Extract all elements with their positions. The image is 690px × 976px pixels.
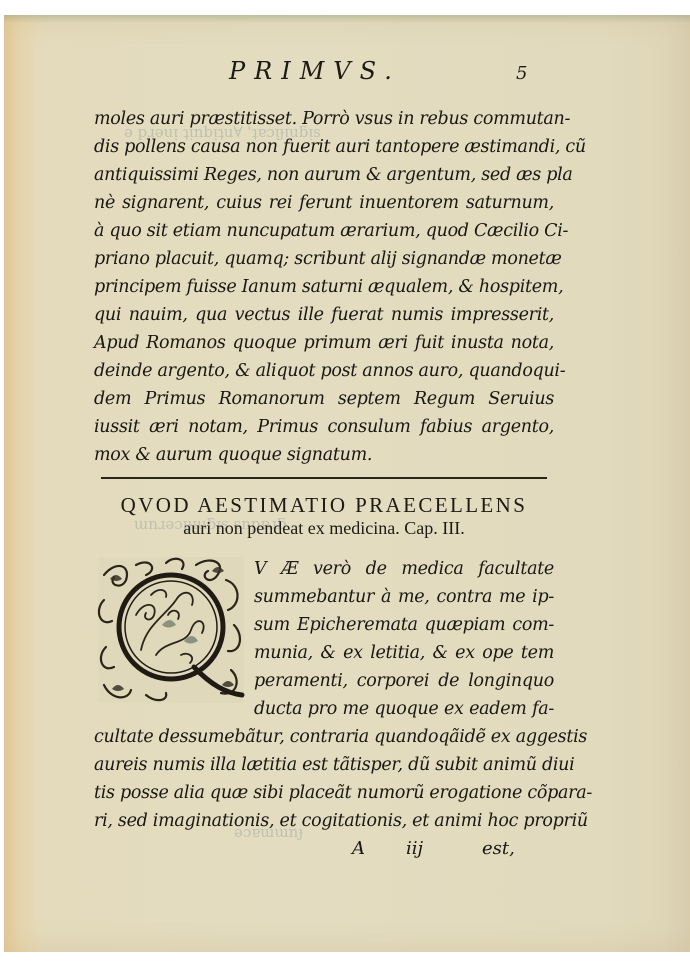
chapter-heading-subtitle: auri non pendeat ex medicina. Cap. III. bbox=[99, 517, 549, 539]
text-line: dis pollens causa non fuerit auri tantop… bbox=[94, 133, 554, 161]
section-divider-rule bbox=[101, 477, 547, 479]
text-line: deinde argento, & aliquot post annos aur… bbox=[94, 357, 554, 385]
text-line: peramenti, corporei de longinquo bbox=[254, 667, 554, 695]
text-line: priano placuit, quamq; scribunt alij sig… bbox=[94, 245, 554, 273]
text-line: aureis numis illa lætitia est tãtisper, … bbox=[94, 751, 554, 779]
text-line: munia, & ex letitia, & ex ope tem bbox=[254, 639, 554, 667]
text-line: tis posse alia quæ sibi placeãt numorũ e… bbox=[94, 779, 554, 807]
running-head: PRIMVS. 5 bbox=[4, 57, 690, 87]
signature-mark: A bbox=[352, 838, 365, 859]
text-line: Apud Romanos quoque primum æri fuit inus… bbox=[94, 329, 554, 357]
ornamental-drop-cap-q-icon bbox=[96, 555, 246, 705]
text-line: cultate dessumebãtur, contraria quandoqã… bbox=[94, 723, 554, 751]
chapter-heading-title: QVOD AESTIMATIO PRAECELLENS bbox=[99, 493, 549, 517]
text-line: moles auri præstitisset. Porrò vsus in r… bbox=[94, 105, 554, 133]
chapter-heading: QVOD AESTIMATIO PRAECELLENS auri non pen… bbox=[99, 493, 549, 539]
text-line: iussit æri notam, Primus consulum fabius… bbox=[94, 413, 554, 441]
paragraph-2-full: cultate dessumebãtur, contraria quandoqã… bbox=[94, 723, 554, 835]
text-line: ri, sed imaginationis, et cogitationis, … bbox=[94, 807, 554, 835]
page-number: 5 bbox=[516, 63, 527, 84]
paragraph-2-indented: V Æ verò de medica facultate summebantur… bbox=[254, 555, 554, 723]
signature-number: iij bbox=[406, 838, 423, 859]
catchword: est, bbox=[482, 838, 515, 859]
text-line: V Æ verò de medica facultate bbox=[254, 555, 554, 583]
text-line: dem Primus Romanorum septem Regum Seruiu… bbox=[94, 385, 554, 413]
text-line: sum Epicheremata quæpiam com- bbox=[254, 611, 554, 639]
text-line: nè signarent, cuius rei ferunt inuentore… bbox=[94, 189, 554, 217]
running-title: PRIMVS. bbox=[229, 57, 401, 85]
text-line: qui nauim, qua vectus ille fuerat numis … bbox=[94, 301, 554, 329]
text-line: ducta pro me quoque ex eadem fa- bbox=[254, 695, 554, 723]
text-line: mox & aurum quoque signatum. bbox=[94, 441, 554, 469]
text-line: antiquissimi Reges, non aurum & argentum… bbox=[94, 161, 554, 189]
book-page: ǝ pɹǝuᴉ ʇᴉnbᴉʇu∀ 'ʇɐɔᴉɟᴉuƃᴉs ɯnɹǝɔᴉɟᴉuƃᴉ… bbox=[4, 15, 690, 952]
text-line: summebantur à me, contra me ip- bbox=[254, 583, 554, 611]
paragraph-1: moles auri præstitisset. Porrò vsus in r… bbox=[94, 105, 554, 469]
text-line: à quo sit etiam nuncupatum ærarium, quod… bbox=[94, 217, 554, 245]
footer-catchline: A iij est, bbox=[4, 838, 690, 868]
text-line: principem fuisse Ianum saturni æqualem, … bbox=[94, 273, 554, 301]
